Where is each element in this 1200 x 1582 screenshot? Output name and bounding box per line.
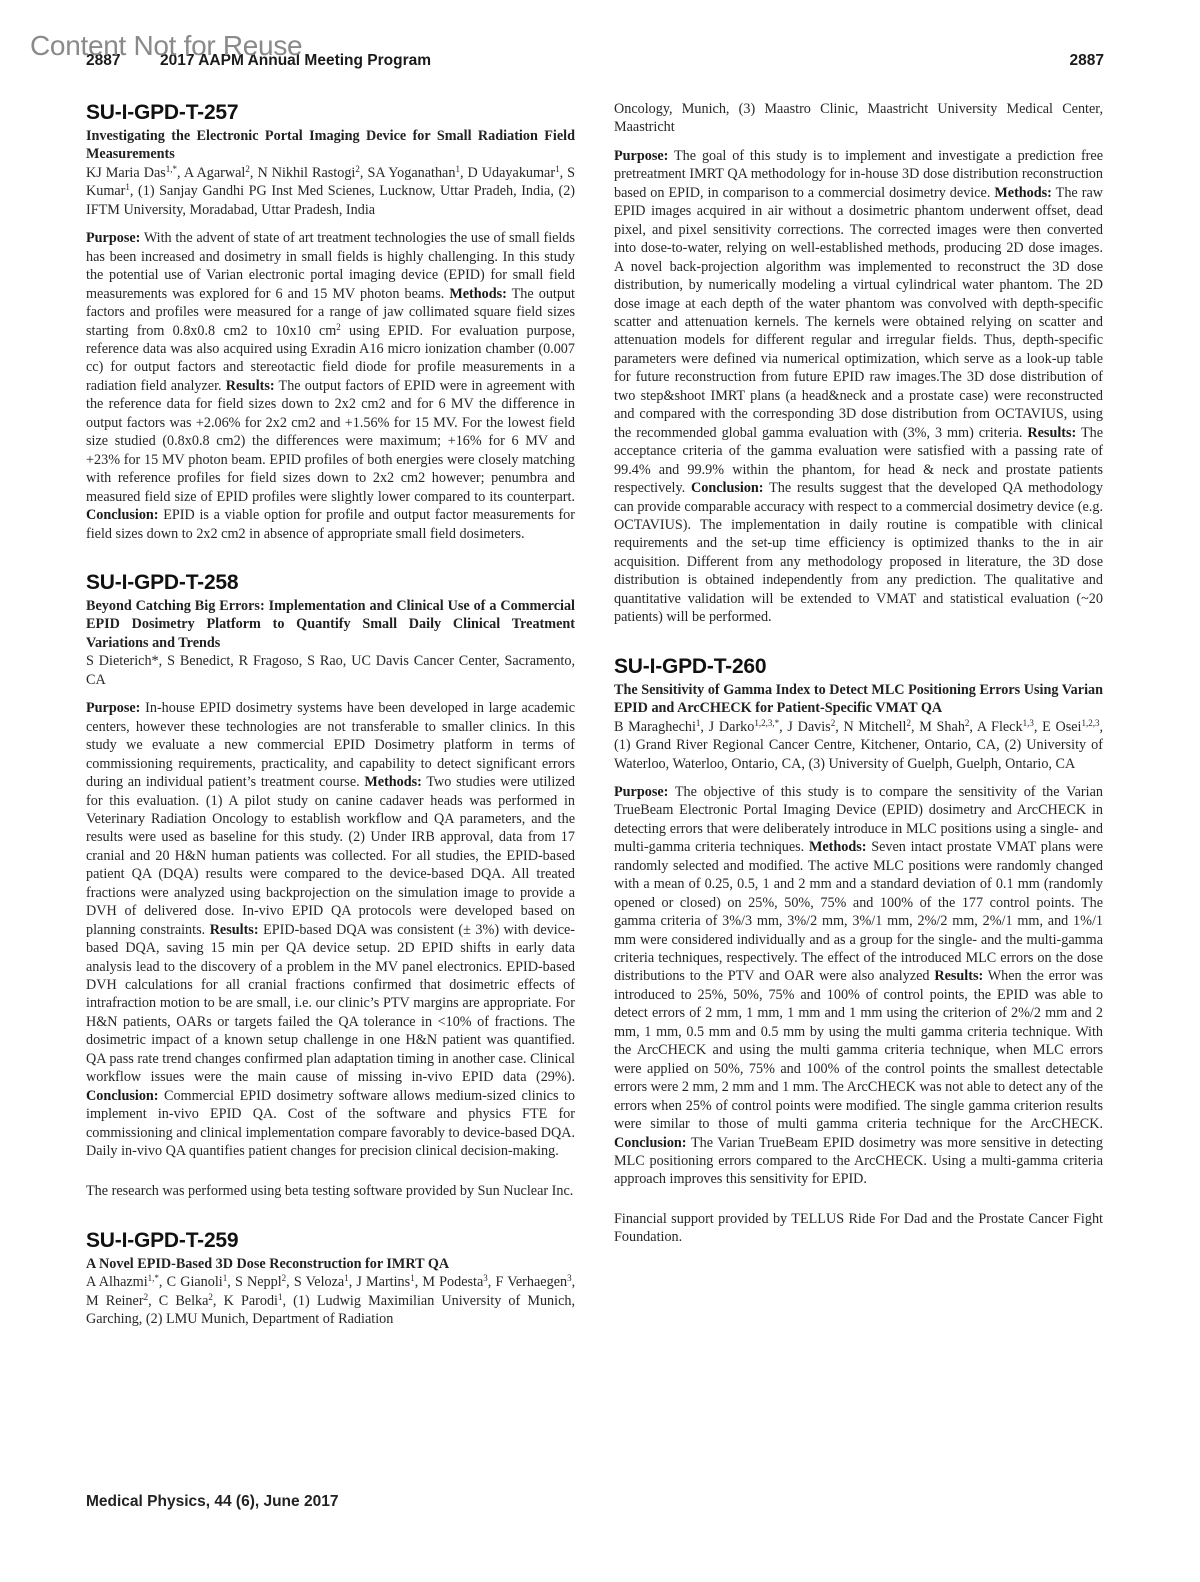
abstract-body: Purpose: The objective of this study is … [614,783,1103,1189]
purpose-label: Purpose: [86,230,140,246]
methods-label: Methods: [364,774,422,790]
abstract-260: SU-I-GPD-T-260 The Sensitivity of Gamma … [614,654,1103,1247]
abstract-259-continued: Oncology, Munich, (3) Maastro Clinic, Ma… [614,100,1103,627]
page-number-right: 2887 [1070,52,1104,70]
abstract-id: SU-I-GPD-T-258 [86,570,575,596]
methods-label: Methods: [449,286,507,302]
purpose-label: Purpose: [86,700,140,716]
abstract-title: A Novel EPID-Based 3D Dose Reconstructio… [86,1255,575,1273]
abstract-funding-note: The research was performed using beta te… [86,1182,575,1200]
methods-label: Methods: [994,185,1052,201]
results-label: Results: [210,922,259,938]
conclusion-label: Conclusion: [691,480,764,496]
purpose-label: Purpose: [614,784,668,800]
abstract-authors: S Dieterich*, S Benedict, R Fragoso, S R… [86,652,575,689]
abstract-id: SU-I-GPD-T-259 [86,1228,575,1254]
conclusion-label: Conclusion: [614,1135,687,1151]
abstract-259: SU-I-GPD-T-259 A Novel EPID-Based 3D Dos… [86,1228,575,1329]
right-column: Oncology, Munich, (3) Maastro Clinic, Ma… [614,100,1103,1247]
abstract-title: The Sensitivity of Gamma Index to Detect… [614,681,1103,718]
abstract-id: SU-I-GPD-T-260 [614,654,1103,680]
left-column: SU-I-GPD-T-257 Investigating the Electro… [86,100,575,1329]
abstract-affiliations: (1) Sanjay Gandhi PG Inst Med Scienes, L… [86,183,575,217]
abstract-authors: A Alhazmi1,*, C Gianoli1, S Neppl2, S Ve… [86,1273,575,1328]
results-label: Results: [934,968,983,984]
abstract-title: Investigating the Electronic Portal Imag… [86,127,575,164]
methods-label: Methods: [809,839,867,855]
purpose-label: Purpose: [614,148,668,164]
abstract-authors: KJ Maria Das1,*, A Agarwal2, N Nikhil Ra… [86,164,575,219]
abstract-funding-note: Financial support provided by TELLUS Rid… [614,1210,1103,1247]
abstract-authors: B Maraghechi1, J Darko1,2,3,*, J Davis2,… [614,718,1103,773]
abstract-title: Beyond Catching Big Errors: Implementati… [86,597,575,652]
results-label: Results: [1027,425,1076,441]
abstract-affiliations: Oncology, Munich, (3) Maastro Clinic, Ma… [614,100,1103,137]
abstract-258: SU-I-GPD-T-258 Beyond Catching Big Error… [86,570,575,1200]
abstract-id: SU-I-GPD-T-257 [86,100,575,126]
abstract-body: Purpose: The goal of this study is to im… [614,147,1103,627]
abstract-body: Purpose: In-house EPID dosimetry systems… [86,699,575,1160]
abstract-affiliations: (1) Grand River Regional Cancer Centre, … [614,737,1103,771]
conclusion-label: Conclusion: [86,1088,159,1104]
abstract-body: Purpose: With the advent of state of art… [86,229,575,543]
journal-citation-footer: Medical Physics, 44 (6), June 2017 [86,1493,338,1511]
abstract-257: SU-I-GPD-T-257 Investigating the Electro… [86,100,575,543]
results-label: Results: [226,378,275,394]
watermark: Content Not for Reuse [30,30,302,62]
conclusion-label: Conclusion: [86,507,159,523]
